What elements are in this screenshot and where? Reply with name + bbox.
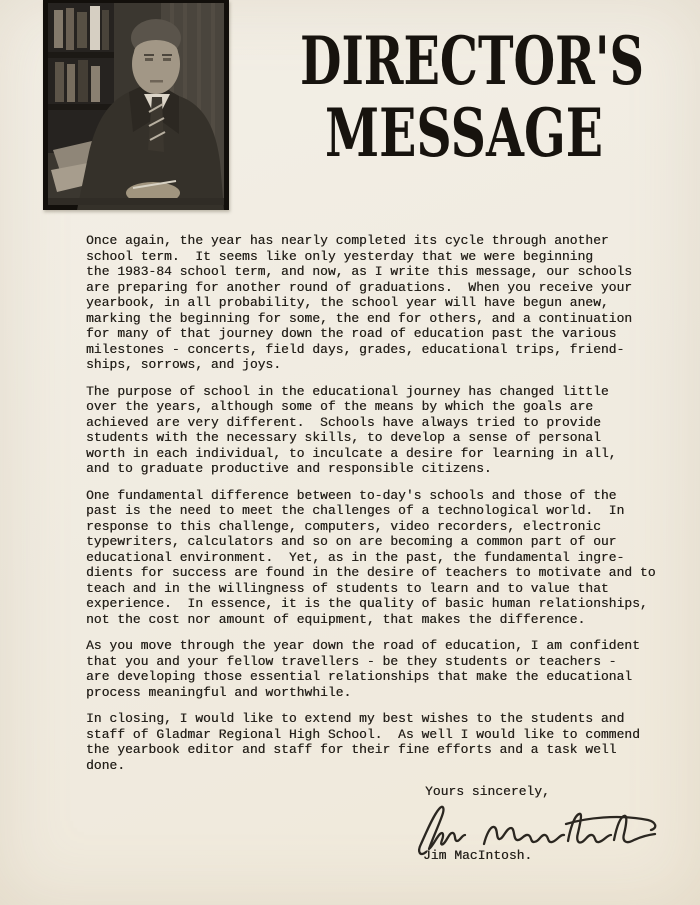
director-portrait-photo bbox=[43, 0, 229, 210]
letter-body: Once again, the year has nearly complete… bbox=[86, 233, 686, 863]
paragraph-2: The purpose of school in the educational… bbox=[86, 384, 686, 477]
portrait-photo-illustration bbox=[43, 0, 229, 210]
closing-salutation: Yours sincerely, bbox=[425, 784, 686, 800]
paragraph-1: Once again, the year has nearly complete… bbox=[86, 233, 686, 373]
title-line-2: MESSAGE bbox=[325, 94, 603, 170]
paragraph-3: One fundamental difference between to-da… bbox=[86, 488, 686, 628]
title-line-1: DIRECTOR'S bbox=[300, 22, 644, 100]
paragraph-5: In closing, I would like to extend my be… bbox=[86, 711, 686, 773]
typed-signature-name: Jim MacIntosh. bbox=[423, 848, 686, 864]
paragraph-4: As you move through the year down the ro… bbox=[86, 638, 686, 700]
closing-block: Yours sincerely, Jim MacIntosh. bbox=[86, 784, 686, 863]
scanned-letter-page: DIRECTOR'S MESSAGE Once again, the year … bbox=[0, 0, 700, 905]
page-title: DIRECTOR'S MESSAGE bbox=[280, 0, 680, 170]
